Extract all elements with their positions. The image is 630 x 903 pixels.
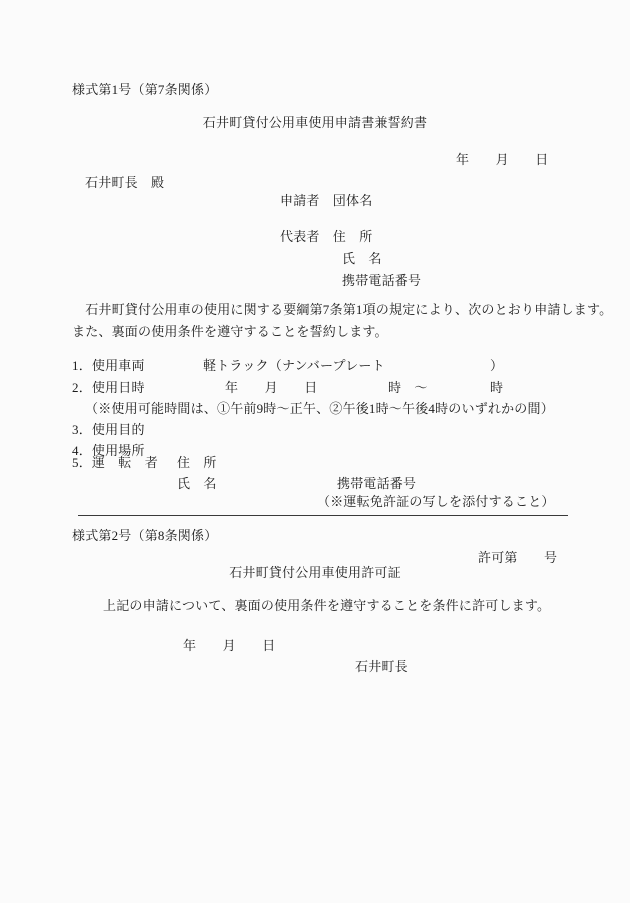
form2-title: 石井町貸付公用車使用許可証 [0,565,630,580]
item3-purpose-label: 3．使用目的 [72,422,145,437]
item1-vehicle-value: 軽トラック（ナンバープレート [203,358,385,373]
item5-driver-label: 5．運 転 者 [72,455,158,470]
item5-license-copy-note: （※運転免許証の写しを添付すること） [317,494,555,509]
form1-applicant-line: 申請者 団体名 [280,193,372,208]
item2-time-to: 時 [490,380,503,395]
form1-representative-phone-label: 携帯電話番号 [342,273,421,288]
form1-representative-line: 代表者 住 所 [280,229,372,244]
form1-date-line: 年 月 日 [456,152,548,167]
item5-driver-name-label: 氏 名 [177,476,217,491]
form1-representative-name-label: 氏 名 [342,251,382,266]
item5-driver-phone-label: 携帯電話番号 [337,476,416,491]
section-divider-line [78,515,568,516]
form2-permit-number-line: 許可第 号 [478,550,557,565]
item2-time-from: 時 ～ [388,380,428,395]
form1-paragraph-line2: また、裏面の使用条件を遵守することを誓約します。 [72,324,388,339]
item1-vehicle-label: 1．使用車両 [72,358,145,373]
form2-mayor-signature-label: 石井町長 [355,659,408,674]
item2-available-hours-note: （※使用可能時間は、①午前9時～正午、②午後1時～午後4時のいずれかの間） [85,401,554,416]
document-page: 様式第1号（第7条関係） 石井町貸付公用車使用申請書兼誓約書 年 月 日 石井町… [0,0,630,903]
item2-date-blanks: 年 月 日 [225,380,317,395]
form2-date-line: 年 月 日 [183,638,275,653]
item1-close-paren: ） [490,358,503,373]
form1-title: 石井町貸付公用車使用申請書兼誓約書 [0,115,630,130]
form1-paragraph-line1: 石井町貸付公用車の使用に関する要綱第7条第1項の規定により、次のとおり申請します… [72,302,612,317]
form2-style-number: 様式第2号（第8条関係） [72,528,217,543]
item2-datetime-label: 2．使用日時 [72,380,145,395]
item5-driver-address-label: 住 所 [177,455,217,470]
form1-style-number: 様式第1号（第7条関係） [72,82,217,97]
form1-addressee: 石井町長 殿 [85,175,164,190]
form2-body-text: 上記の申請について、裏面の使用条件を遵守することを条件に許可します。 [103,598,550,613]
